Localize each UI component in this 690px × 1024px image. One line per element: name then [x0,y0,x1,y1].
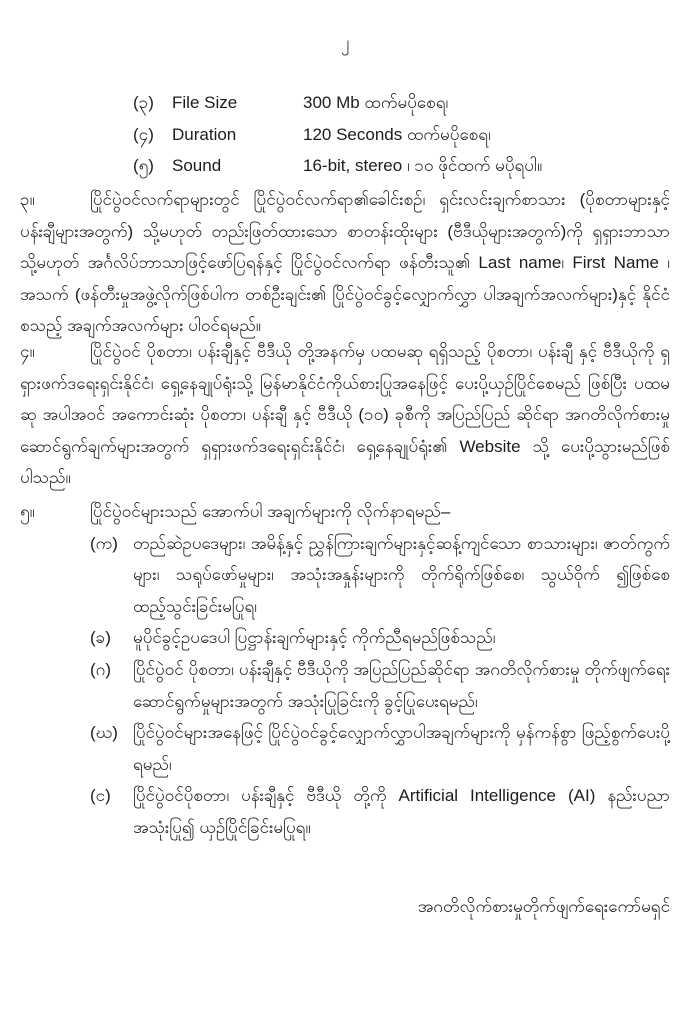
section-5: ၅။ပြိုင်ပွဲဝင်များသည် အောက်ပါ အချက်များက… [20,496,670,844]
clause-label: (ဃ) [90,717,118,749]
clause-ga: (ဂ) ပြိုင်ပွဲဝင် ပိုစတာ၊ ပန်းချီနှင့် ဗီ… [20,654,670,717]
spec-item-name: File Size [172,87,303,119]
section-5-number: ၅။ [20,496,90,528]
spec-item-name: Duration [172,119,303,151]
spec-item-value: 120 Seconds ထက်မပိုစေရ၊ [303,119,670,151]
spec-row-duration: (၄) Duration 120 Seconds ထက်မပိုစေရ၊ [133,119,670,151]
clause-kha: (ခ) မူပိုင်ခွင့်ဥပဒေပါ ပြဋ္ဌာန်းချက်များ… [20,622,670,654]
paragraph-3-number: ၃။ [20,184,90,216]
signature-line: အဂတိလိုက်စားမှုတိုက်ဖျက်ရေးကော်မရှင် [20,891,670,923]
clause-label: (ဂ) [90,654,111,686]
spec-item-number: (၃) [133,87,172,119]
clause-label: (က) [90,528,118,560]
spec-item-value: 300 Mb ထက်မပိုစေရ၊ [303,87,670,119]
paragraph-4-number: ၄။ [20,336,90,368]
clause-ka: (က) တည်ဆဲဥပဒေများ၊ အမိန့်နှင့် ညွှန်ကြား… [20,528,670,623]
clause-label: (ခ) [90,622,111,654]
paragraph-3-text: ပြိုင်ပွဲဝင်လက်ရာများတွင် ပြိုင်ပွဲဝင်လက… [20,190,670,335]
spec-item-name: Sound [172,150,303,182]
clause-text: မူပိုင်ခွင့်ဥပဒေပါ ပြဋ္ဌာန်းချက်များနှင့… [133,628,495,647]
clause-text: တည်ဆဲဥပဒေများ၊ အမိန့်နှင့် ညွှန်ကြားချက်… [133,534,670,616]
clause-text: ပြိုင်ပွဲဝင်များအနေဖြင့် ပြိုင်ပွဲဝင်ခွင… [133,723,670,774]
spec-row-file-size: (၃) File Size 300 Mb ထက်မပိုစေရ၊ [133,87,670,119]
spec-item-number: (၅) [133,150,172,182]
clause-gha: (ဃ) ပြိုင်ပွဲဝင်များအနေဖြင့် ပြိုင်ပွဲဝင… [20,717,670,780]
spec-item-value: 16-bit, stereo ၊ ၁၀ ဖိုင်ထက် မပိုရပါ။ [303,150,670,182]
page-number: ၂ [0,27,690,59]
paragraph-3: ၃။ပြိုင်ပွဲဝင်လက်ရာများတွင် ပြိုင်ပွဲဝင်… [20,184,670,342]
paragraph-4: ၄။ပြိုင်ပွဲဝင် ပိုစတာ၊ ပန်းချီနှင့် ဗီဒီ… [20,336,670,494]
clause-text: ပြိုင်ပွဲဝင်ပိုစတာ၊ ပန်းချီနှင့် ဗီဒီယို… [133,786,670,837]
document-page: ၂ (၃) File Size 300 Mb ထက်မပိုစေရ၊ (၄) D… [0,0,690,1024]
spec-item-number: (၄) [133,119,172,151]
spec-row-sound: (၅) Sound 16-bit, stereo ၊ ၁၀ ဖိုင်ထက် မ… [133,150,670,182]
clause-text: ပြိုင်ပွဲဝင် ပိုစတာ၊ ပန်းချီနှင့် ဗီဒီယိ… [133,660,670,711]
paragraph-4-text: ပြိုင်ပွဲဝင် ပိုစတာ၊ ပန်းချီနှင့် ဗီဒီယိ… [20,342,670,487]
section-5-heading: ပြိုင်ပွဲဝင်များသည် အောက်ပါ အချက်များကို… [90,502,450,521]
clause-label: (င) [90,780,111,812]
spec-list: (၃) File Size 300 Mb ထက်မပိုစေရ၊ (၄) Dur… [133,87,670,182]
section-5-heading-row: ၅။ပြိုင်ပွဲဝင်များသည် အောက်ပါ အချက်များက… [20,496,670,528]
clause-nga: (င) ပြိုင်ပွဲဝင်ပိုစတာ၊ ပန်းချီနှင့် ဗီဒ… [20,780,670,843]
